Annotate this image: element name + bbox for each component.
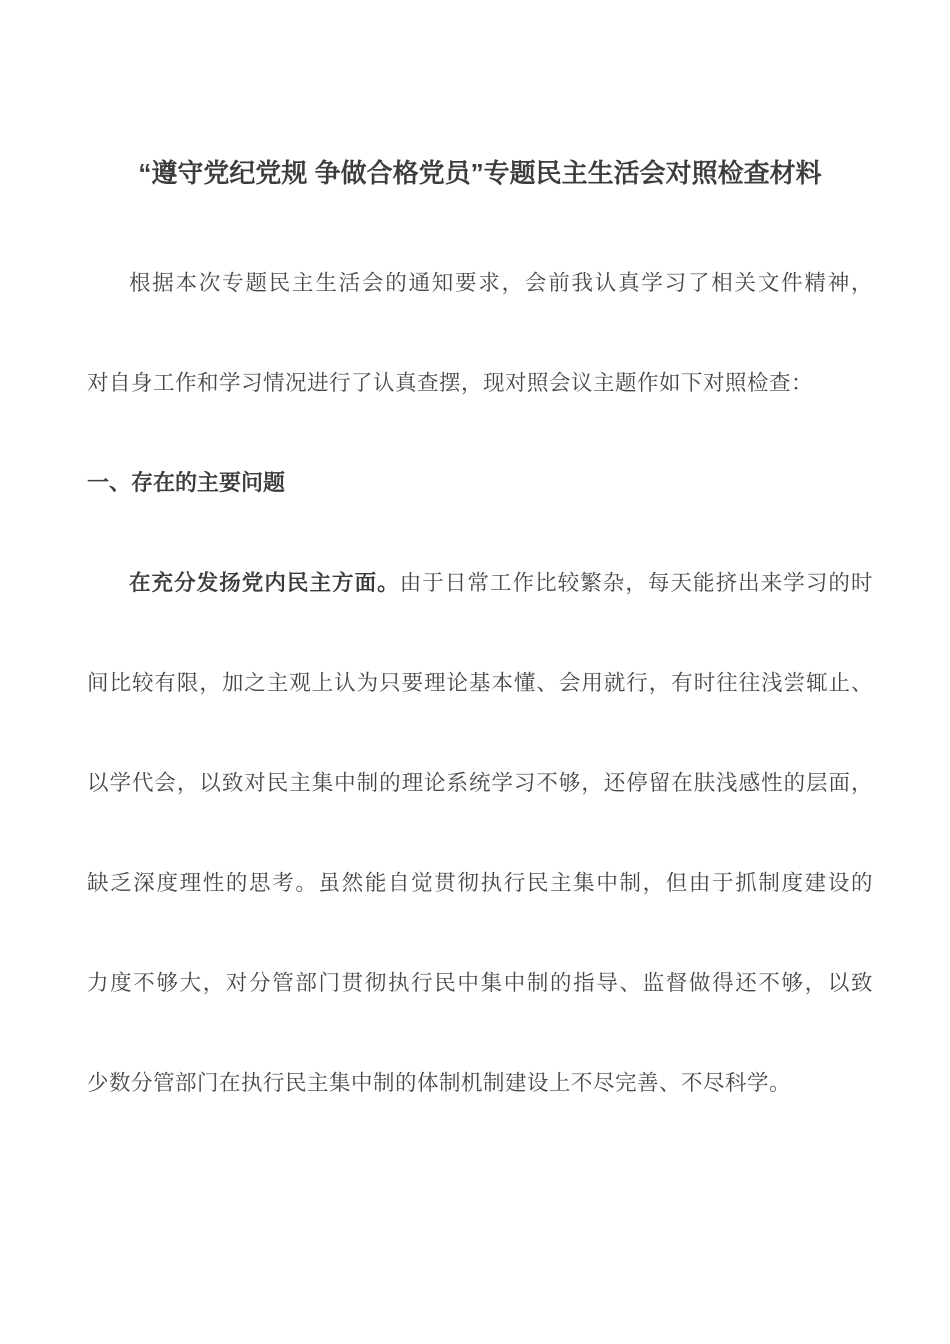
paragraph-line-text: 由于日常工作比较繁杂，每天能挤出来学习的时	[400, 571, 873, 595]
paragraph-line: 根据本次专题民主生活会的通知要求，会前我认真学习了相关文件精神，	[87, 233, 873, 333]
section-paragraph: 在充分发扬党内民主方面。由于日常工作比较繁杂，每天能挤出来学习的时 间比较有限，…	[87, 533, 873, 1133]
document-page: “遵守党纪党规 争做合格党员”专题民主生活会对照检查材料 根据本次专题民主生活会…	[0, 0, 950, 1344]
paragraph-line: 在充分发扬党内民主方面。由于日常工作比较繁杂，每天能挤出来学习的时	[87, 533, 873, 633]
paragraph-line: 力度不够大，对分管部门贯彻执行民中集中制的指导、监督做得还不够，以致	[87, 933, 873, 1033]
intro-paragraph: 根据本次专题民主生活会的通知要求，会前我认真学习了相关文件精神， 对自身工作和学…	[87, 233, 873, 433]
document-title: “遵守党纪党规 争做合格党员”专题民主生活会对照检查材料	[87, 123, 873, 223]
section-heading: 一、存在的主要问题	[87, 433, 873, 533]
paragraph-line: 对自身工作和学习情况进行了认真查摆，现对照会议主题作如下对照检查：	[87, 333, 873, 433]
paragraph-line: 缺乏深度理性的思考。虽然能自觉贯彻执行民主集中制，但由于抓制度建设的	[87, 833, 873, 933]
paragraph-line: 少数分管部门在执行民主集中制的体制机制建设上不尽完善、不尽科学。	[87, 1033, 873, 1133]
paragraph-line: 以学代会，以致对民主集中制的理论系统学习不够，还停留在肤浅感性的层面，	[87, 733, 873, 833]
paragraph-bold-lead: 在充分发扬党内民主方面。	[129, 571, 400, 595]
paragraph-line: 间比较有限，加之主观上认为只要理论基本懂、会用就行，有时往往浅尝辄止、	[87, 633, 873, 733]
document-content: “遵守党纪党规 争做合格党员”专题民主生活会对照检查材料 根据本次专题民主生活会…	[87, 0, 873, 1133]
